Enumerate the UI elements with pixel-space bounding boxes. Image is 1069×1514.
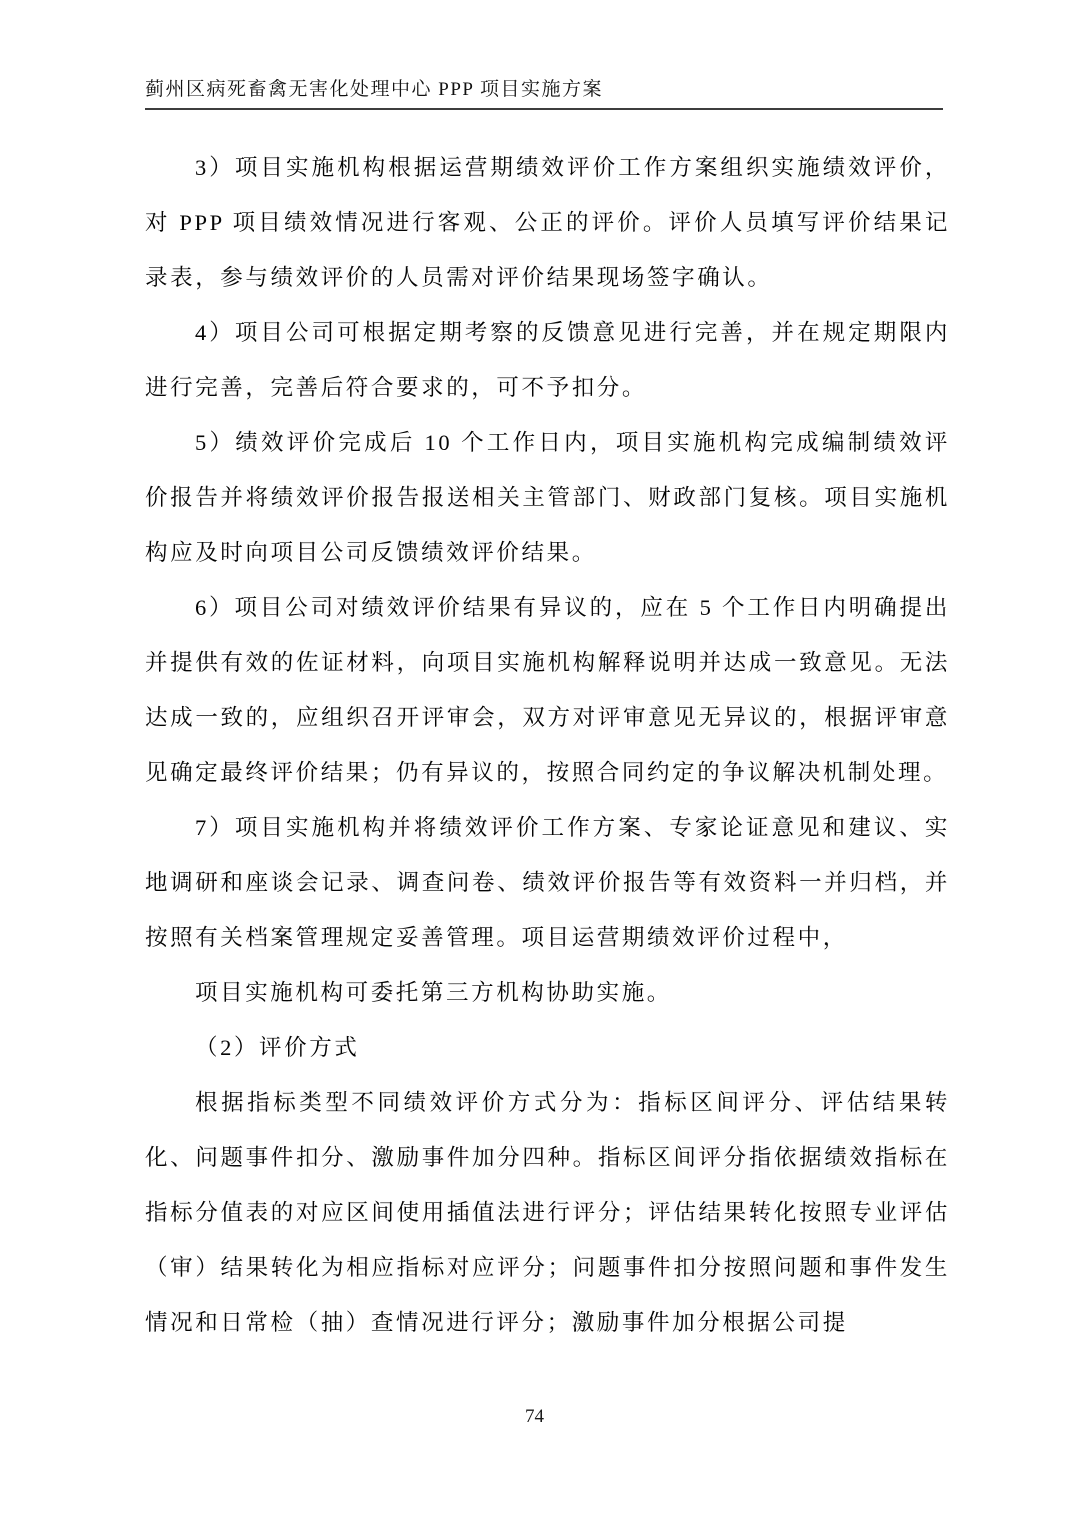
section-heading-evaluation-method: （2）评价方式 <box>145 1020 950 1075</box>
document-body: 3）项目实施机构根据运营期绩效评价工作方案组织实施绩效评价，对 PPP 项目绩效… <box>145 140 950 1350</box>
document-footer: 74 <box>0 1406 1069 1428</box>
document-page: 蓟州区病死畜禽无害化处理中心 PPP 项目实施方案 3）项目实施机构根据运营期绩… <box>0 0 1069 1514</box>
document-header: 蓟州区病死畜禽无害化处理中心 PPP 项目实施方案 <box>145 0 943 110</box>
paragraph-evaluation-method-body: 根据指标类型不同绩效评价方式分为：指标区间评分、评估结果转化、问题事件扣分、激励… <box>145 1075 950 1350</box>
paragraph-item-7: 7）项目实施机构并将绩效评价工作方案、专家论证意见和建议、实地调研和座谈会记录、… <box>145 800 950 965</box>
paragraph-item-4: 4）项目公司可根据定期考察的反馈意见进行完善，并在规定期限内进行完善，完善后符合… <box>145 305 950 415</box>
paragraph-item-6: 6）项目公司对绩效评价结果有异议的，应在 5 个工作日内明确提出并提供有效的佐证… <box>145 580 950 800</box>
page-number: 74 <box>525 1406 544 1427</box>
paragraph-item-5: 5）绩效评价完成后 10 个工作日内，项目实施机构完成编制绩效评价报告并将绩效评… <box>145 415 950 580</box>
document-header-title: 蓟州区病死畜禽无害化处理中心 PPP 项目实施方案 <box>145 79 603 100</box>
paragraph-continuation: 项目实施机构可委托第三方机构协助实施。 <box>145 965 950 1020</box>
paragraph-item-3: 3）项目实施机构根据运营期绩效评价工作方案组织实施绩效评价，对 PPP 项目绩效… <box>145 140 950 305</box>
